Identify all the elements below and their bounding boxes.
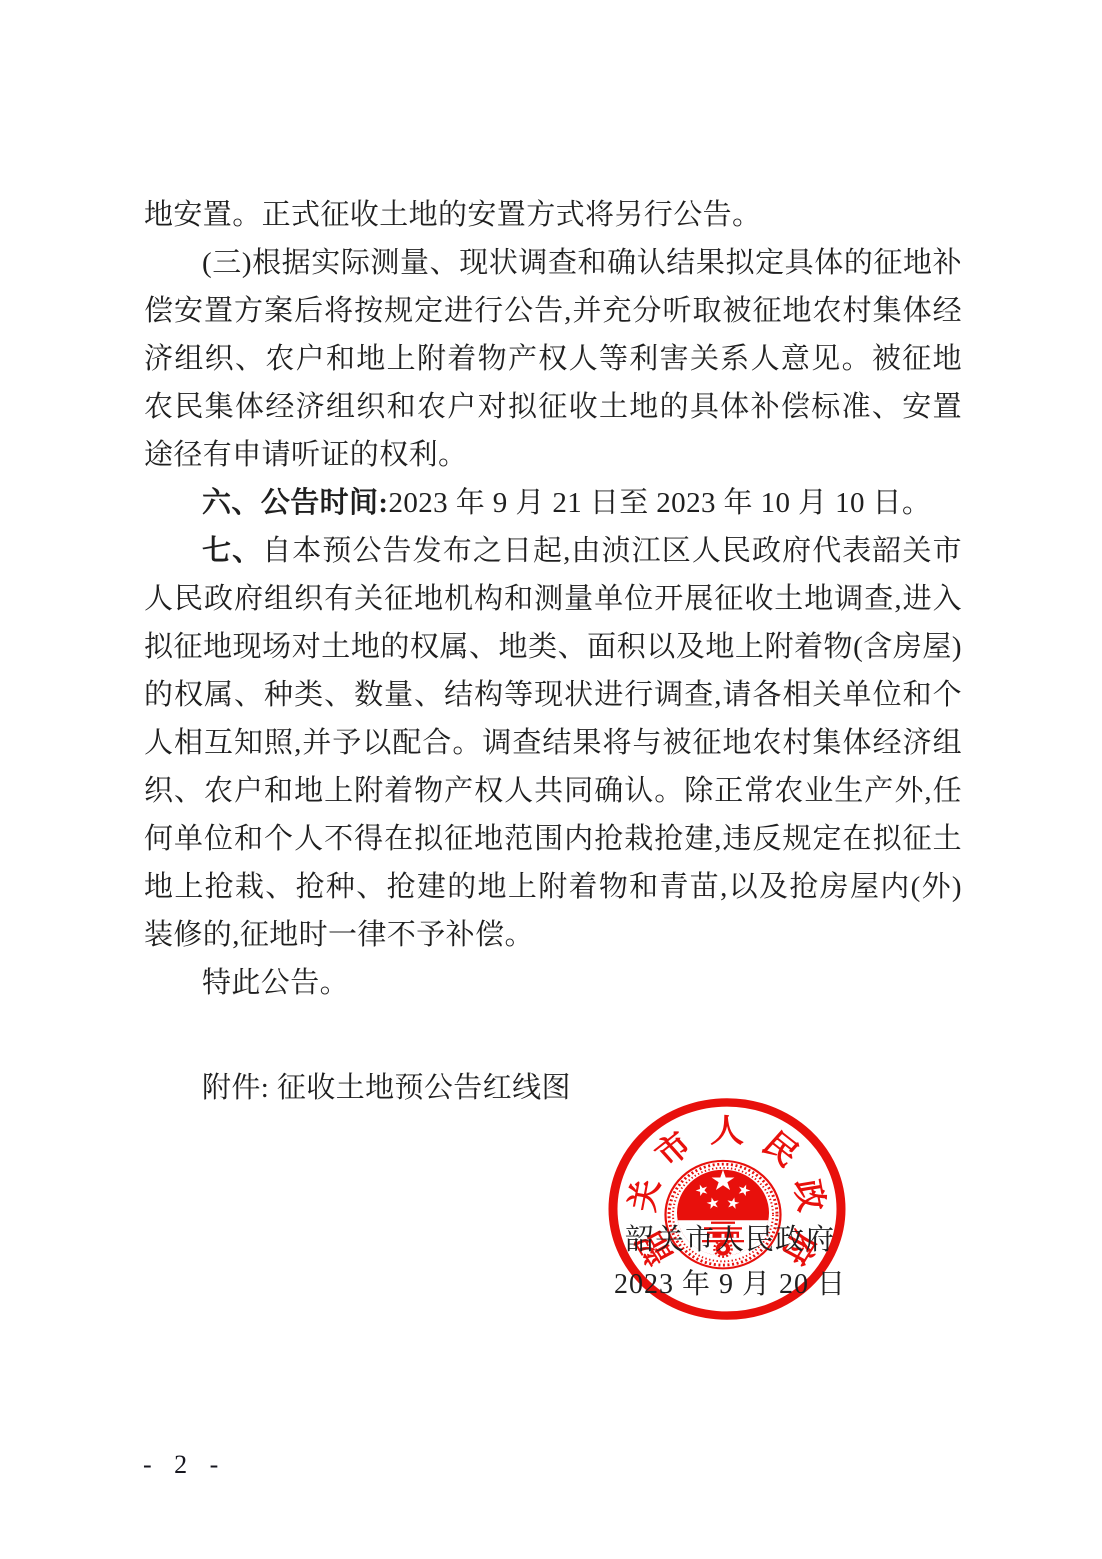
document-page: 地安置。正式征收土地的安置方式将另行公告。(三)根据实际测量、现状调查和确认结果… (0, 0, 1102, 1559)
document-paragraph: 七、自本预公告发布之日起,由浈江区人民政府代表韶关市人民政府组织有关征地机构和测… (144, 527, 962, 959)
document-paragraph: 特此公告。 (144, 959, 962, 1007)
document-paragraph: 六、公告时间:2023 年 9 月 21 日至 2023 年 10 月 10 日… (144, 479, 962, 527)
paragraph-bold-heading: 六、公告时间: (202, 487, 388, 519)
seal-ring-char: 人 (710, 1115, 744, 1150)
signature-date: 2023 年 9 月 20 日 (587, 1262, 873, 1302)
seal-ring-char: 关 (624, 1177, 668, 1215)
document-body: 地安置。正式征收土地的安置方式将另行公告。(三)根据实际测量、现状调查和确认结果… (144, 191, 962, 1007)
signature-organization: 韶关市人民政府 (597, 1217, 863, 1258)
document-paragraph: 地安置。正式征收土地的安置方式将另行公告。 (144, 191, 962, 239)
page-number: - 2 - (143, 1450, 226, 1480)
document-paragraph: (三)根据实际测量、现状调查和确认结果拟定具体的征地补偿安置方案后将按规定进行公… (144, 239, 962, 479)
paragraph-bold-heading: 七、 (202, 535, 262, 567)
seal-ring-char: 民 (755, 1126, 806, 1174)
seal-ring-char: 政 (787, 1177, 831, 1215)
seal-ring-char: 市 (648, 1126, 699, 1174)
